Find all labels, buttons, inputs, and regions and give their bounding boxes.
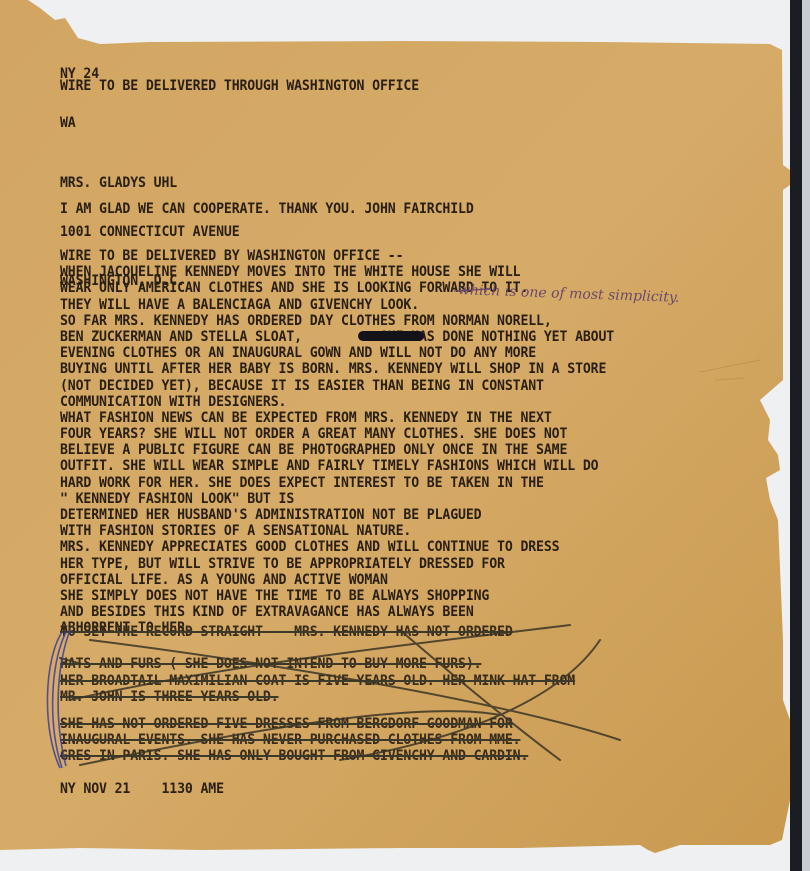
body-line: HARD WORK FOR HER. SHE DOES EXPECT INTER… [60,475,614,491]
message-body: WIRE TO BE DELIVERED BY WASHINGTON OFFIC… [60,248,614,637]
body-line: OFFICIAL LIFE. AS A YOUNG AND ACTIVE WOM… [60,572,614,588]
body-line: BUYING UNTIL AFTER HER BABY IS BORN. MRS… [60,361,614,377]
recipient-name: MRS. GLADYS UHL [60,175,240,191]
struck-line [60,640,575,656]
telegram-paper: NY 24 WA WIRE TO BE DELIVERED THROUGH WA… [0,0,790,871]
footer-timestamp: NY NOV 21 1130 AME [60,781,224,797]
body-line: WHEN JACQUELINE KENNEDY MOVES INTO THE W… [60,264,614,280]
struck-line: SHE HAS NOT ORDERED FIVE DRESSES FROM BE… [60,716,528,732]
body-line: COMMUNICATION WITH DESIGNERS. [60,394,614,410]
struck-paragraph-1: TO SET THE RECORD STRAIGHT -- MRS. KENNE… [60,624,575,705]
struck-line: HATS AND FURS ( SHE DOES NOT INTEND TO B… [60,656,575,672]
struck-line: HER BROADTAIL MAXIMILIAN COAT IS FIVE YE… [60,673,575,689]
body-line: BELIEVE A PUBLIC FIGURE CAN BE PHOTOGRAP… [60,442,614,458]
struck-line: INAUGURAL EVENTS. SHE HAS NEVER PURCHASE… [60,732,528,748]
body-line: MRS. KENNEDY APPRECIATES GOOD CLOTHES AN… [60,539,614,555]
struck-paragraph-2: SHE HAS NOT ORDERED FIVE DRESSES FROM BE… [60,716,528,765]
body-line: SHE SIMPLY DOES NOT HAVE THE TIME TO BE … [60,588,614,604]
header-code-2: WA [60,115,99,131]
body-line: SO FAR MRS. KENNEDY HAS ORDERED DAY CLOT… [60,313,614,329]
struck-line: TO SET THE RECORD STRAIGHT -- MRS. KENNE… [60,624,575,640]
scanner-edge-light [802,0,810,871]
scanner-edge-dark [790,0,802,871]
struck-line: GRES IN PARIS. SHE HAS ONLY BOUGHT FROM … [60,748,528,764]
body-line: HER TYPE, BUT WILL STRIVE TO BE APPROPRI… [60,556,614,572]
body-line: " KENNEDY FASHION LOOK" BUT IS [60,491,614,507]
body-line: DETERMINED HER HUSBAND'S ADMINISTRATION … [60,507,614,523]
body-line: EVENING CLOTHES OR AN INAUGURAL GOWN AND… [60,345,614,361]
body-line: WIRE TO BE DELIVERED BY WASHINGTON OFFIC… [60,248,614,264]
body-line: (NOT DECIDED YET), BECAUSE IT IS EASIER … [60,378,614,394]
body-line: BEN ZUCKERMAN AND STELLA SLOAT, . SHE HA… [60,329,614,345]
body-line: AND BESIDES THIS KIND OF EXTRAVAGANCE HA… [60,604,614,620]
struck-line: MR. JOHN IS THREE YEARS OLD. [60,689,575,705]
body-line: WHAT FASHION NEWS CAN BE EXPECTED FROM M… [60,410,614,426]
body-line: WITH FASHION STORIES OF A SENSATIONAL NA… [60,523,614,539]
routing-note: WIRE TO BE DELIVERED THROUGH WASHINGTON … [60,78,419,94]
body-line: OUTFIT. SHE WILL WEAR SIMPLE AND FAIRLY … [60,458,614,474]
body-line: FOUR YEARS? SHE WILL NOT ORDER A GREAT M… [60,426,614,442]
recipient-street: 1001 CONNECTICUT AVENUE [60,224,240,240]
cover-note: I AM GLAD WE CAN COOPERATE. THANK YOU. J… [60,201,474,217]
redaction-mark [358,331,424,341]
